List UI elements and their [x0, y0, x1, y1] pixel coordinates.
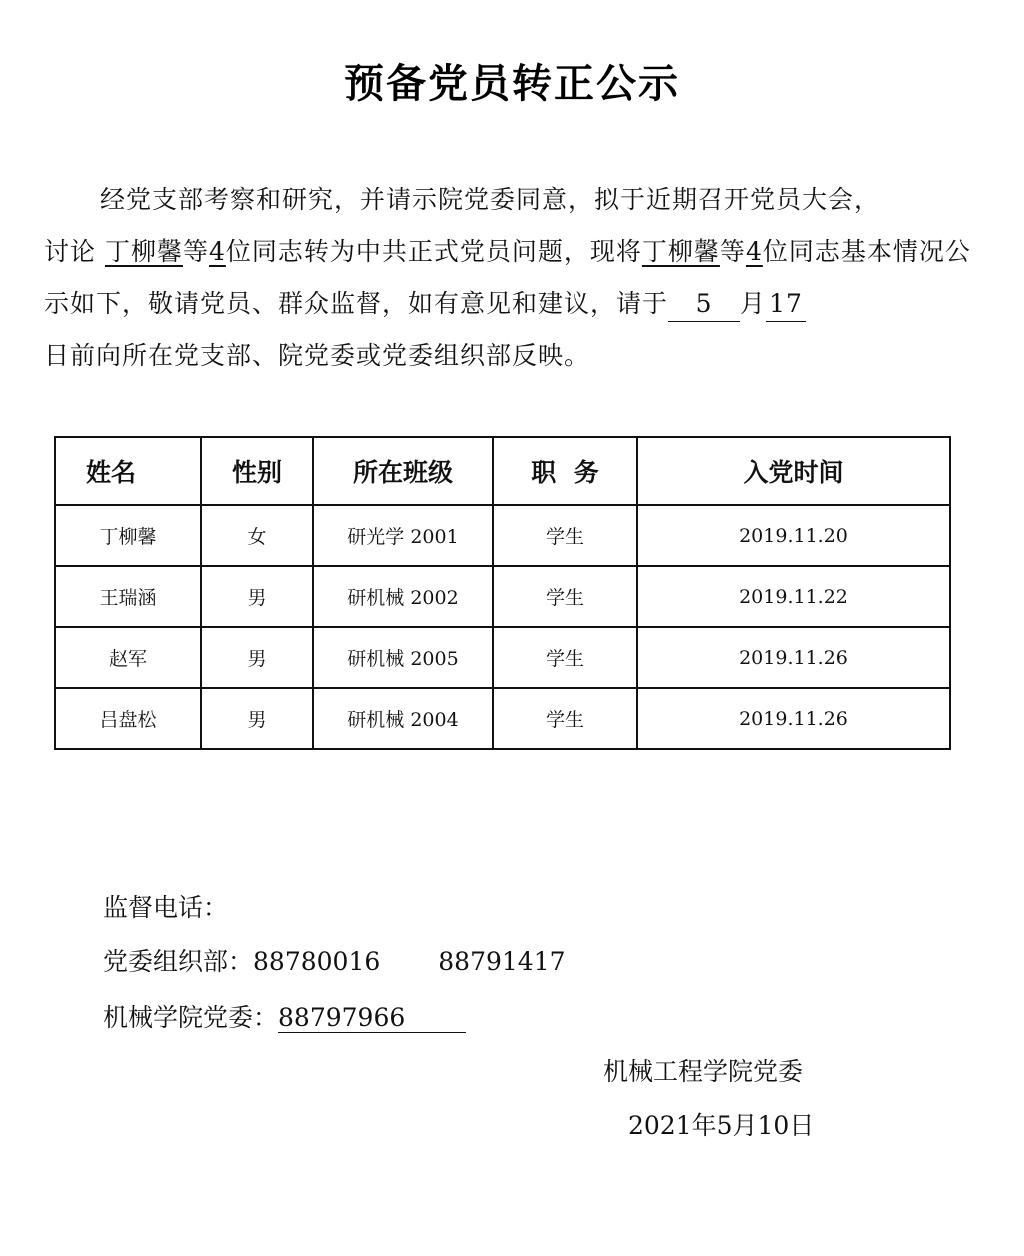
cell-name: 王瑞涵	[55, 566, 201, 627]
cell-join-date: 2019.11.26	[637, 627, 950, 688]
para-text: 等	[720, 237, 746, 266]
table-row: 赵军 男 研机械 2005 学生 2019.11.26	[55, 627, 950, 688]
cell-position: 学生	[493, 688, 637, 749]
deadline-day: 17	[766, 287, 806, 322]
cell-class: 研光学 2001	[313, 505, 493, 566]
table-row: 丁柳馨 女 研光学 2001 学生 2019.11.20	[55, 505, 950, 566]
org-phone-1: 88780016	[253, 947, 380, 976]
cell-name: 丁柳馨	[55, 505, 201, 566]
cell-gender: 男	[201, 566, 313, 627]
candidate-name: 丁柳馨	[105, 237, 183, 266]
contact-heading: 监督电话：	[103, 888, 228, 924]
candidate-table: 姓名 性别 所在班级 职 务 入党时间 丁柳馨 女 研光学 2001 学生 20…	[54, 436, 951, 750]
table-row: 吕盘松 男 研机械 2004 学生 2019.11.26	[55, 688, 950, 749]
header-class: 所在班级	[313, 437, 493, 505]
cell-position: 学生	[493, 566, 637, 627]
cell-join-date: 2019.11.20	[637, 505, 950, 566]
para-text: 等	[183, 237, 209, 266]
header-position: 职 务	[493, 437, 637, 505]
para-line1: 经党支部考察和研究，并请示院党委同意，拟于近期召开党员大会，	[100, 185, 880, 214]
deadline-month: 5	[668, 287, 740, 322]
cell-gender: 女	[201, 505, 313, 566]
cell-join-date: 2019.11.22	[637, 566, 950, 627]
cell-position: 学生	[493, 627, 637, 688]
signature-date: 2021年5月10日	[628, 1106, 814, 1142]
org-label: 党委组织部：	[103, 947, 253, 976]
header-gender: 性别	[201, 437, 313, 505]
college-label: 机械学院党委：	[103, 1003, 278, 1032]
table-header-row: 姓名 性别 所在班级 职 务 入党时间	[55, 437, 950, 505]
page-title: 预备党员转正公示	[0, 52, 1024, 109]
cell-join-date: 2019.11.26	[637, 688, 950, 749]
candidate-count: 4	[209, 237, 226, 266]
para-text: 日前向所在党支部、院党委或党委组织部反映。	[44, 341, 590, 370]
cell-gender: 男	[201, 627, 313, 688]
cell-position: 学生	[493, 505, 637, 566]
para-text: 讨论	[44, 237, 105, 266]
cell-class: 研机械 2002	[313, 566, 493, 627]
header-name: 姓名	[55, 437, 201, 505]
para-text: 位同志转为中共正式党员问题，现将	[226, 237, 642, 266]
notice-paragraph: 经党支部考察和研究，并请示院党委同意，拟于近期召开党员大会， 讨论 丁柳馨等4位…	[44, 174, 989, 382]
signature-org: 机械工程学院党委	[603, 1052, 803, 1088]
table-row: 王瑞涵 男 研机械 2002 学生 2019.11.22	[55, 566, 950, 627]
cell-name: 吕盘松	[55, 688, 201, 749]
college-phone: 88797966	[278, 1004, 466, 1033]
cell-gender: 男	[201, 688, 313, 749]
cell-class: 研机械 2005	[313, 627, 493, 688]
header-join-date: 入党时间	[637, 437, 950, 505]
org-phone-2: 88791417	[438, 947, 565, 976]
para-text: 月	[740, 289, 766, 318]
cell-name: 赵军	[55, 627, 201, 688]
cell-class: 研机械 2004	[313, 688, 493, 749]
contact-college: 机械学院党委：88797966	[103, 998, 466, 1034]
contact-org: 党委组织部：8878001688791417	[103, 942, 566, 978]
candidate-name: 丁柳馨	[642, 237, 720, 266]
candidate-count: 4	[746, 237, 763, 266]
